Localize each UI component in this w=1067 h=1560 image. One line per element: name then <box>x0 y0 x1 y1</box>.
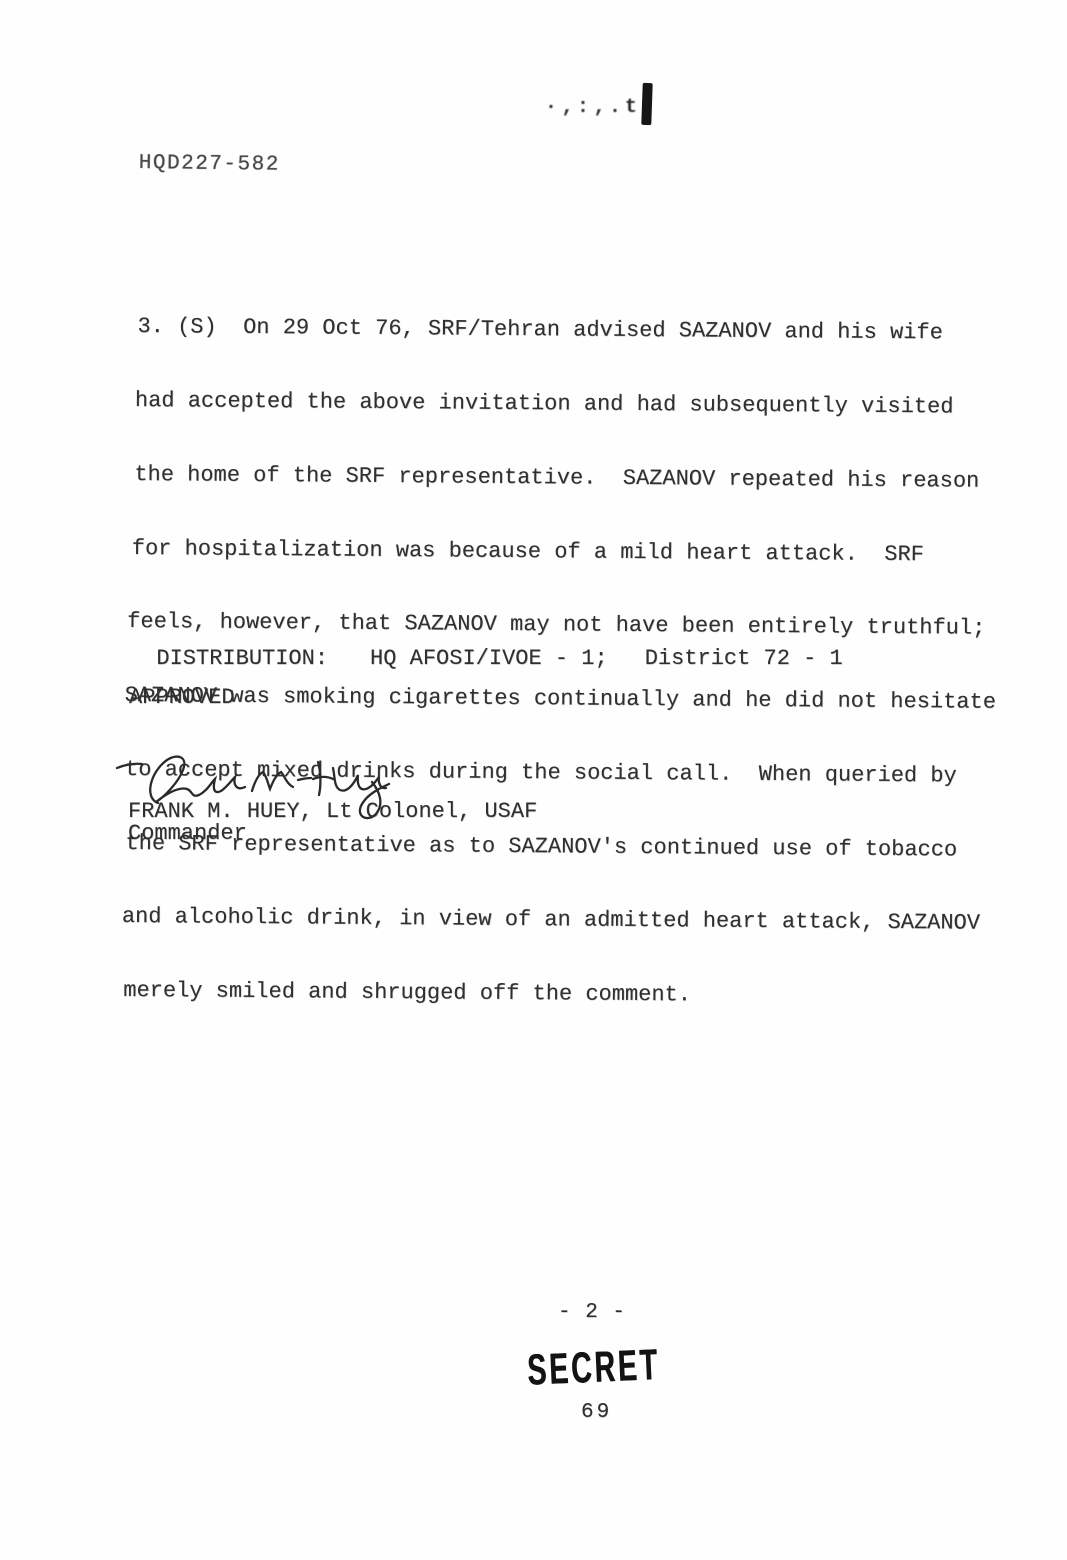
paragraph-line: for hospitalization was because of a mil… <box>132 537 998 568</box>
secret-classification-stamp: SECRET <box>526 1342 653 1397</box>
scanned-document-page: { "document": { "doc_number": "HQD227-58… <box>0 0 1067 1560</box>
paragraph-line: SAZANOV was smoking cigarettes continual… <box>125 684 997 715</box>
document-reference-number: HQD227-582 <box>139 152 280 177</box>
paragraph-line: 3. (S) On 29 Oct 76, SRF/Tehran advised … <box>137 315 999 346</box>
approved-label: APPROVED <box>129 685 235 710</box>
paragraph-line: the SRF representative as to SAZANOV's c… <box>125 832 995 863</box>
paragraph-line: merely smiled and shrugged off the comme… <box>123 979 994 1010</box>
distribution-line: DISTRIBUTION:HQ AFOSI/IVOE - 1;District … <box>130 621 843 671</box>
faded-stamp-remnant: ·‚:‚.t <box>545 82 663 132</box>
paragraph-line: and alcoholic drink, in view of an admit… <box>122 905 995 936</box>
paragraph-line: had accepted the above invitation and ha… <box>135 389 999 420</box>
paragraph-line: to accept mixed drinks during the social… <box>125 758 996 789</box>
stamp-serial-number: 69 <box>581 1401 612 1424</box>
signatory-title: Commander <box>128 821 247 846</box>
stamp-remnant-bar-icon <box>641 83 652 125</box>
page-number: - 2 - <box>558 1301 626 1324</box>
distribution-item-hq: HQ AFOSI/IVOE - 1; <box>370 646 608 671</box>
distribution-label: DISTRIBUTION: <box>156 646 328 671</box>
distribution-item-district: District 72 - 1 <box>645 646 843 671</box>
paragraph-line: the home of the SRF representative. SAZA… <box>134 463 998 494</box>
stamp-remnant-marks: ·‚:‚.t <box>545 96 641 119</box>
